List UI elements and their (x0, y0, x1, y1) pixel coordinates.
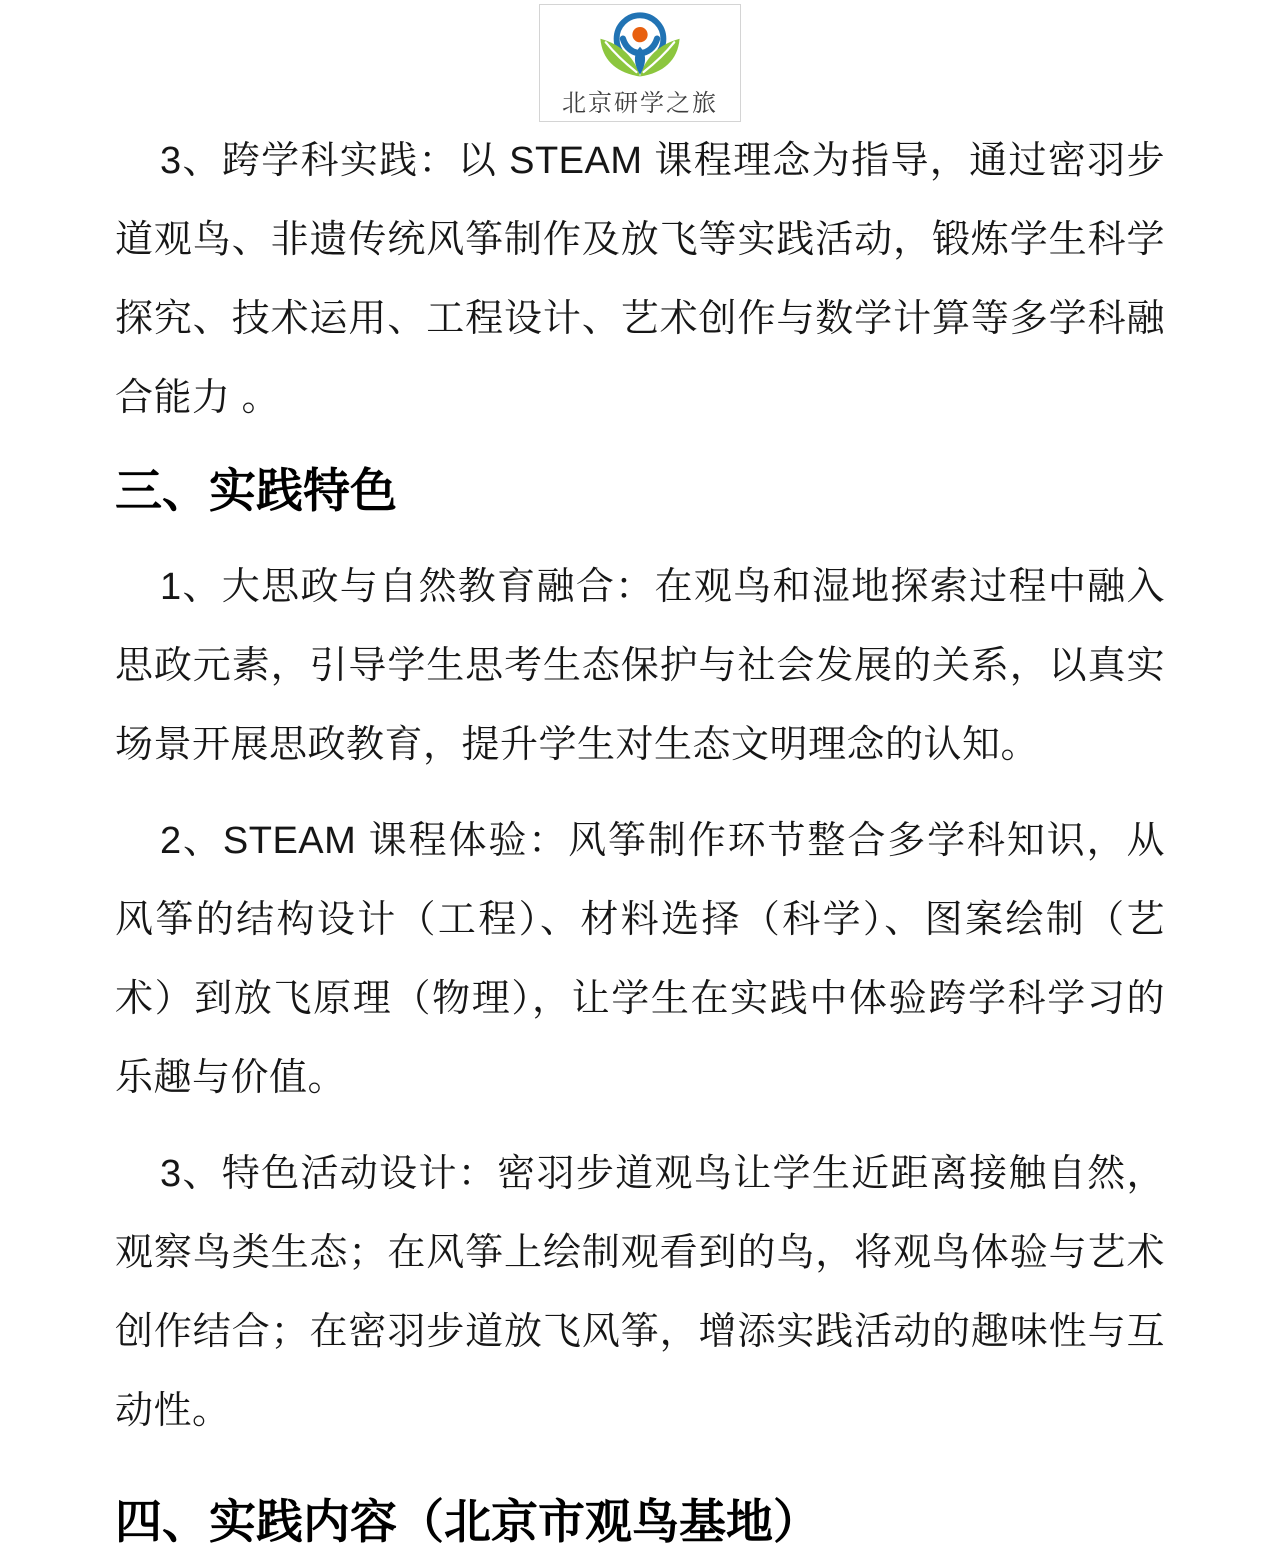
document-paragraph: 2、STEAM 课程体验：风筝制作环节整合多学科知识，从风筝的结构设计（工程）、… (115, 802, 1165, 1118)
section-heading: 四、实践内容（北京市观鸟基地） (115, 1491, 1165, 1553)
text-line: 观察鸟类生态；在风筝上绘制观看到的鸟，将观鸟体验与艺术 (115, 1214, 1165, 1293)
section-heading: 三、实践特色 (115, 460, 1165, 522)
text-line: 乐趣与价值。 (115, 1039, 1165, 1118)
text-line: 术）到放飞原理（物理），让学生在实践中体验跨学科学习的 (115, 960, 1165, 1039)
logo-sun-dot (632, 27, 647, 42)
logo-icon (586, 8, 694, 91)
text-line: 探究、技术运用、工程设计、艺术创作与数学计算等多学科融 (115, 280, 1165, 359)
document-body: 3、跨学科实践：以 STEAM 课程理念为指导，通过密羽步道观鸟、非遗传统风筝制… (115, 122, 1165, 1553)
text-line: 3、跨学科实践：以 STEAM 课程理念为指导，通过密羽步 (115, 122, 1165, 201)
logo-label: 北京研学之旅 (562, 91, 718, 117)
text-line: 创作结合；在密羽步道放飞风筝，增添实践活动的趣味性与互 (115, 1293, 1165, 1372)
text-line: 场景开展思政教育，提升学生对生态文明理念的认知。 (115, 706, 1165, 785)
text-line: 道观鸟、非遗传统风筝制作及放飞等实践活动，锻炼学生科学 (115, 201, 1165, 280)
article-page: 北京研学之旅 3、跨学科实践：以 STEAM 课程理念为指导，通过密羽步道观鸟、… (0, 0, 1280, 1558)
text-line: 合能力 。 (115, 359, 1165, 438)
text-line: 风筝的结构设计（工程）、材料选择（科学）、图案绘制（艺 (115, 881, 1165, 960)
text-line: 1、大思政与自然教育融合：在观鸟和湿地探索过程中融入 (115, 548, 1165, 627)
text-line: 动性。 (115, 1372, 1165, 1451)
logo-card: 北京研学之旅 (539, 4, 741, 122)
text-line: 3、特色活动设计：密羽步道观鸟让学生近距离接触自然， (115, 1135, 1165, 1214)
document-paragraph: 3、跨学科实践：以 STEAM 课程理念为指导，通过密羽步道观鸟、非遗传统风筝制… (115, 122, 1165, 438)
document-paragraph: 3、特色活动设计：密羽步道观鸟让学生近距离接触自然，观察鸟类生态；在风筝上绘制观… (115, 1135, 1165, 1451)
text-line: 2、STEAM 课程体验：风筝制作环节整合多学科知识，从 (115, 802, 1165, 881)
document-paragraph: 1、大思政与自然教育融合：在观鸟和湿地探索过程中融入思政元素，引导学生思考生态保… (115, 548, 1165, 785)
text-line: 思政元素，引导学生思考生态保护与社会发展的关系，以真实 (115, 627, 1165, 706)
